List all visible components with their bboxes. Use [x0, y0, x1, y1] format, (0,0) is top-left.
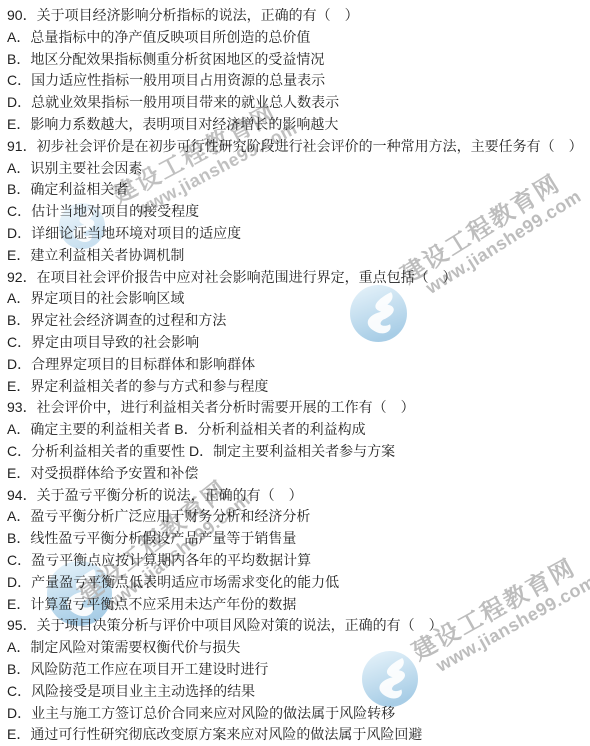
option-line: A．制定风险对策需要权衡代价与损失	[7, 637, 590, 659]
option-line: C．盈亏平衡点应按计算期内各年的平均数据计算	[7, 550, 590, 572]
option-line: D．产量盈亏平衡点低表明适应市场需求变化的能力低	[7, 572, 590, 594]
question-stem-line: 93．社会评价中，进行利益相关者分析时需要开展的工作有（ ）	[7, 397, 590, 419]
option-line: B．确定利益相关者	[7, 179, 590, 201]
option-line: E．影响力系数越大，表明项目对经济增长的影响越大	[7, 114, 590, 136]
option-line: E．计算盈亏平衡点不应采用未达产年份的数据	[7, 594, 590, 616]
question-stem-line: 95．关于项目决策分析与评价中项目风险对策的说法，正确的有（ ）	[7, 615, 590, 637]
option-line: D．业主与施工方签订总价合同来应对风险的做法属于风险转移	[7, 703, 590, 725]
option-line: A．总量指标中的净产值反映项目所创造的总价值	[7, 27, 590, 49]
option-line: B．线性盈亏平衡分析假设产品产量等于销售量	[7, 528, 590, 550]
option-line: A．界定项目的社会影响区域	[7, 288, 590, 310]
option-line: E．对受损群体给予安置和补偿	[7, 463, 590, 485]
option-line: A．识别主要社会因素	[7, 158, 590, 180]
option-line: E．界定利益相关者的参与方式和参与程度	[7, 376, 590, 398]
option-line: D．总就业效果指标一般用项目带来的就业总人数表示	[7, 92, 590, 114]
question-stem-line: 92．在项目社会评价报告中应对社会影响范围进行界定，重点包括（ ）	[7, 267, 590, 289]
option-line: C．分析利益相关者的重要性 D．制定主要利益相关者参与方案	[7, 441, 590, 463]
option-line: E．建立利益相关者协调机制	[7, 245, 590, 267]
option-line: C．估计当地对项目的接受程度	[7, 201, 590, 223]
question-stem-line: 90．关于项目经济影响分析指标的说法，正确的有（ ）	[7, 5, 590, 27]
option-line: B．界定社会经济调查的过程和方法	[7, 310, 590, 332]
option-line: B．风险防范工作应在项目开工建设时进行	[7, 659, 590, 681]
option-line: B．地区分配效果指标侧重分析贫困地区的受益情况	[7, 49, 590, 71]
option-line: E．通过可行性研究彻底改变原方案来应对风险的做法属于风险回避	[7, 724, 590, 746]
option-line: A．盈亏平衡分析广泛应用于财务分析和经济分析	[7, 506, 590, 528]
option-line: C．风险接受是项目业主主动选择的结果	[7, 681, 590, 703]
option-line: A．确定主要的利益相关者 B．分析利益相关者的利益构成	[7, 419, 590, 441]
question-stem-line: 94．关于盈亏平衡分析的说法，正确的有（ ）	[7, 485, 590, 507]
question-stem-line: 91．初步社会评价是在初步可行性研究阶段进行社会评价的一种常用方法，主要任务有（…	[7, 136, 590, 158]
questions-area: 90．关于项目经济影响分析指标的说法，正确的有（ ）A．总量指标中的净产值反映项…	[0, 0, 590, 746]
option-line: C．界定由项目导致的社会影响	[7, 332, 590, 354]
option-line: D．合理界定项目的目标群体和影响群体	[7, 354, 590, 376]
exam-document-page: 建设工程教育网 www.jianshe99.com 建设工程教育网 www.ji…	[0, 0, 590, 746]
option-line: C．国力适应性指标一般用项目占用资源的总量表示	[7, 70, 590, 92]
option-line: D．详细论证当地环境对项目的适应度	[7, 223, 590, 245]
